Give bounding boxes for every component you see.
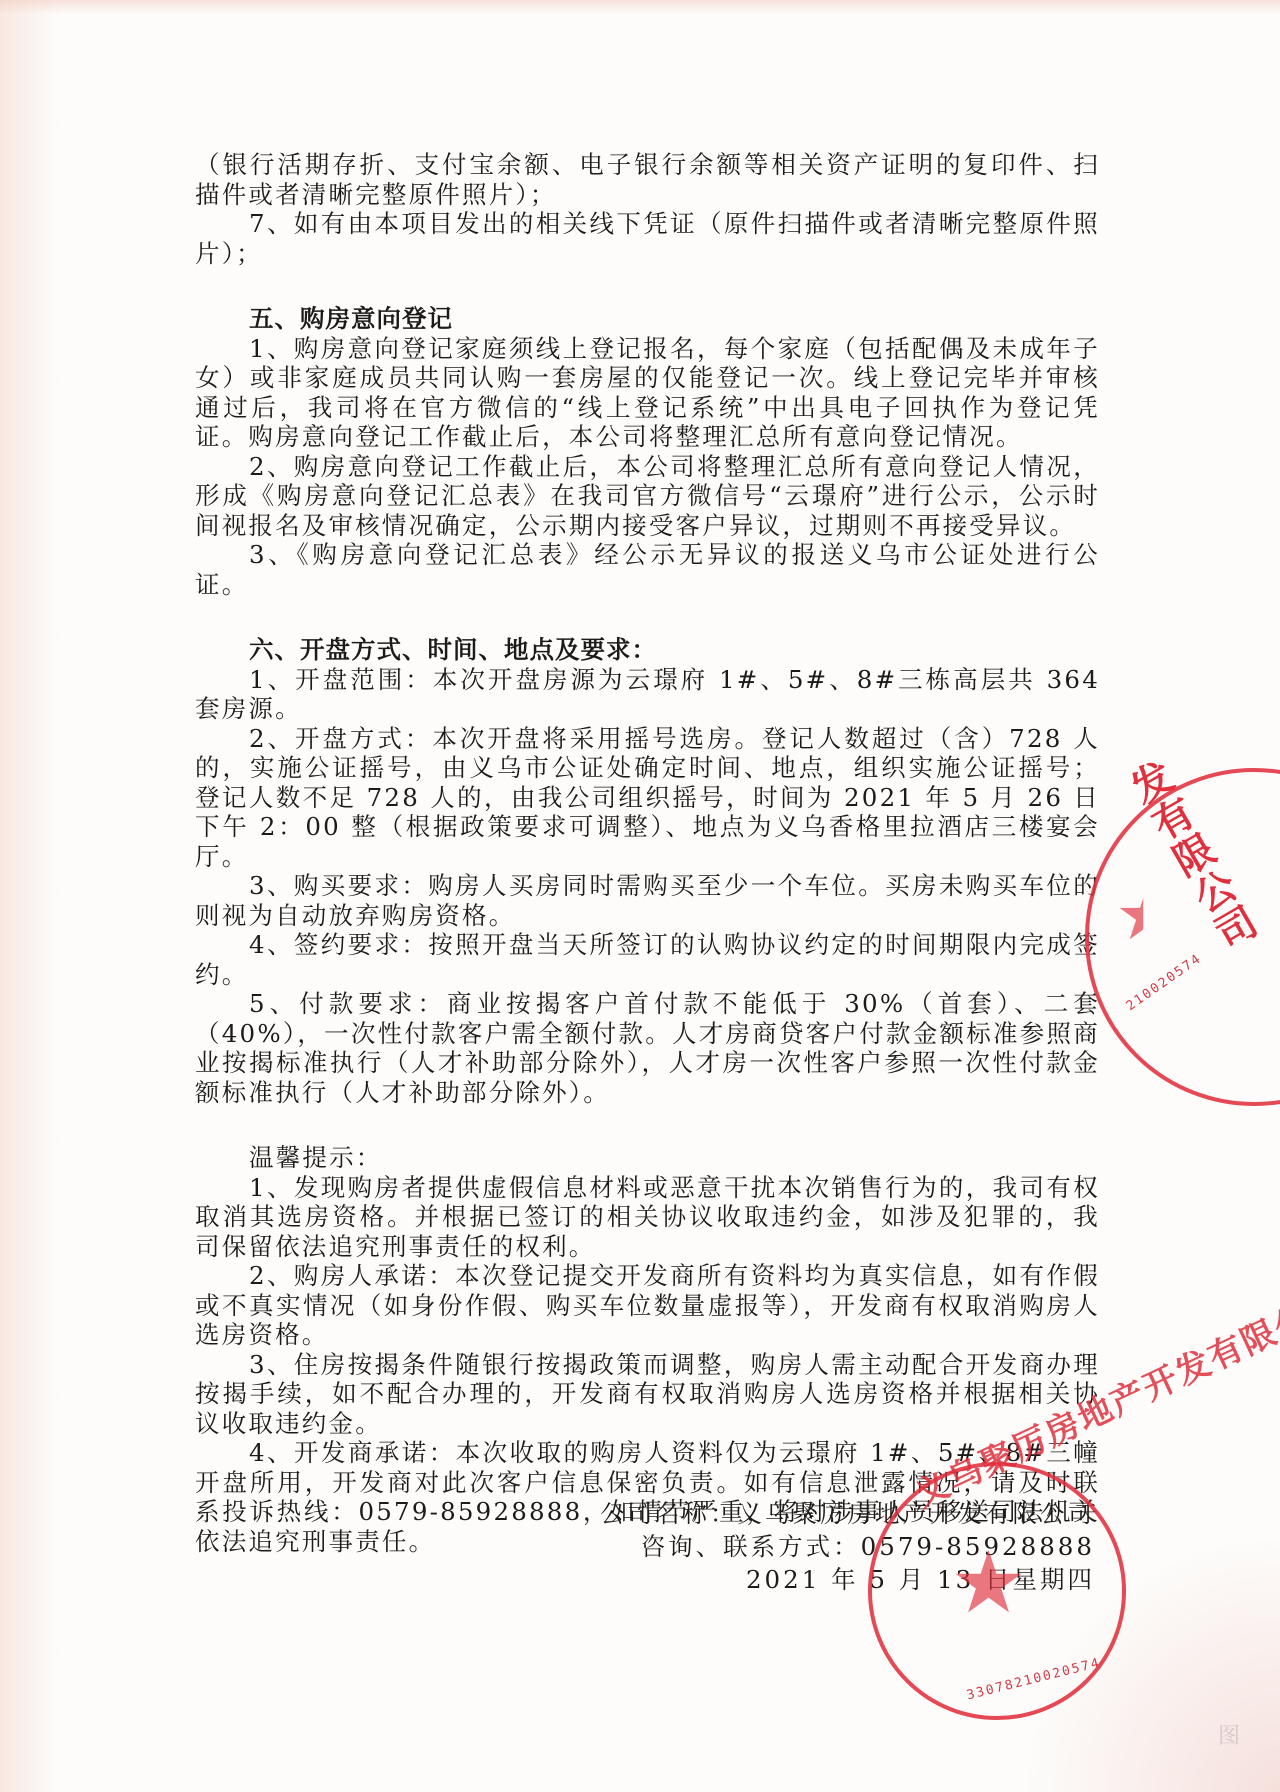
intro-continuation: （银行活期存折、支付宝余额、电子银行余额等相关资产证明的复印件、扫描件或者清晰完… — [195, 150, 1100, 209]
watermark-logo: 图 — [1218, 1719, 1240, 1750]
section-6-item-4: 4、签约要求：按照开盘当天所签订的认购协议约定的时间期限内完成签约。 — [195, 930, 1100, 989]
section-5-heading: 五、购房意向登记 — [195, 304, 1100, 334]
section-6-item-2: 2、开盘方式：本次开盘将采用摇号选房。登记人数超过（含）728 人的，实施公证摇… — [195, 724, 1100, 872]
tips-item-1: 1、发现购房者提供虚假信息材料或恶意干扰本次销售行为的，我司有权取消其选房资格。… — [195, 1173, 1100, 1262]
document-body: （银行活期存折、支付宝余额、电子银行余额等相关资产证明的复印件、扫描件或者清晰完… — [195, 150, 1100, 1556]
section-6-heading: 六、开盘方式、时间、地点及要求： — [195, 635, 1100, 665]
scan-edge-shadow — [0, 0, 60, 1792]
section-6-item-1: 1、开盘范围：本次开盘房源为云璟府 1#、5#、8#三栋高层共 364 套房源。 — [195, 665, 1100, 724]
section-5-item-2: 2、购房意向登记工作截止后，本公司将整理汇总所有意向登记人情况，形成《购房意向登… — [195, 452, 1100, 541]
section-6-item-3: 3、购买要求：购房人买房同时需购买至少一个车位。买房未购买车位的则视为自动放弃购… — [195, 871, 1100, 930]
tips-item-2: 2、购房人承诺：本次登记提交开发商所有资料均为真实信息，如有作假或不真实情况（如… — [195, 1261, 1100, 1350]
tips-heading: 温馨提示： — [195, 1143, 1100, 1173]
section-5-item-1: 1、购房意向登记家庭须线上登记报名，每个家庭（包括配偶及未成年子女）或非家庭成员… — [195, 334, 1100, 452]
section-6-item-5: 5、付款要求：商业按揭客户首付款不能低于 30%（首套）、二套（40%），一次性… — [195, 989, 1100, 1107]
scan-top-shadow — [0, 0, 1280, 14]
spacer — [195, 599, 1100, 635]
section-5-item-3: 3、《购房意向登记汇总表》经公示无异议的报送义乌市公证处进行公证。 — [195, 540, 1100, 599]
intro-item-7: 7、如有由本项目发出的相关线下凭证（原件扫描件或者清晰完整原件照片）； — [195, 209, 1100, 268]
spacer — [195, 1107, 1100, 1143]
seal-star-icon: ★ — [950, 1540, 1027, 1626]
tips-item-3: 3、住房按揭条件随银行按揭政策而调整，购房人需主动配合开发商办理按揭手续，如不配… — [195, 1350, 1100, 1439]
spacer — [195, 268, 1100, 304]
